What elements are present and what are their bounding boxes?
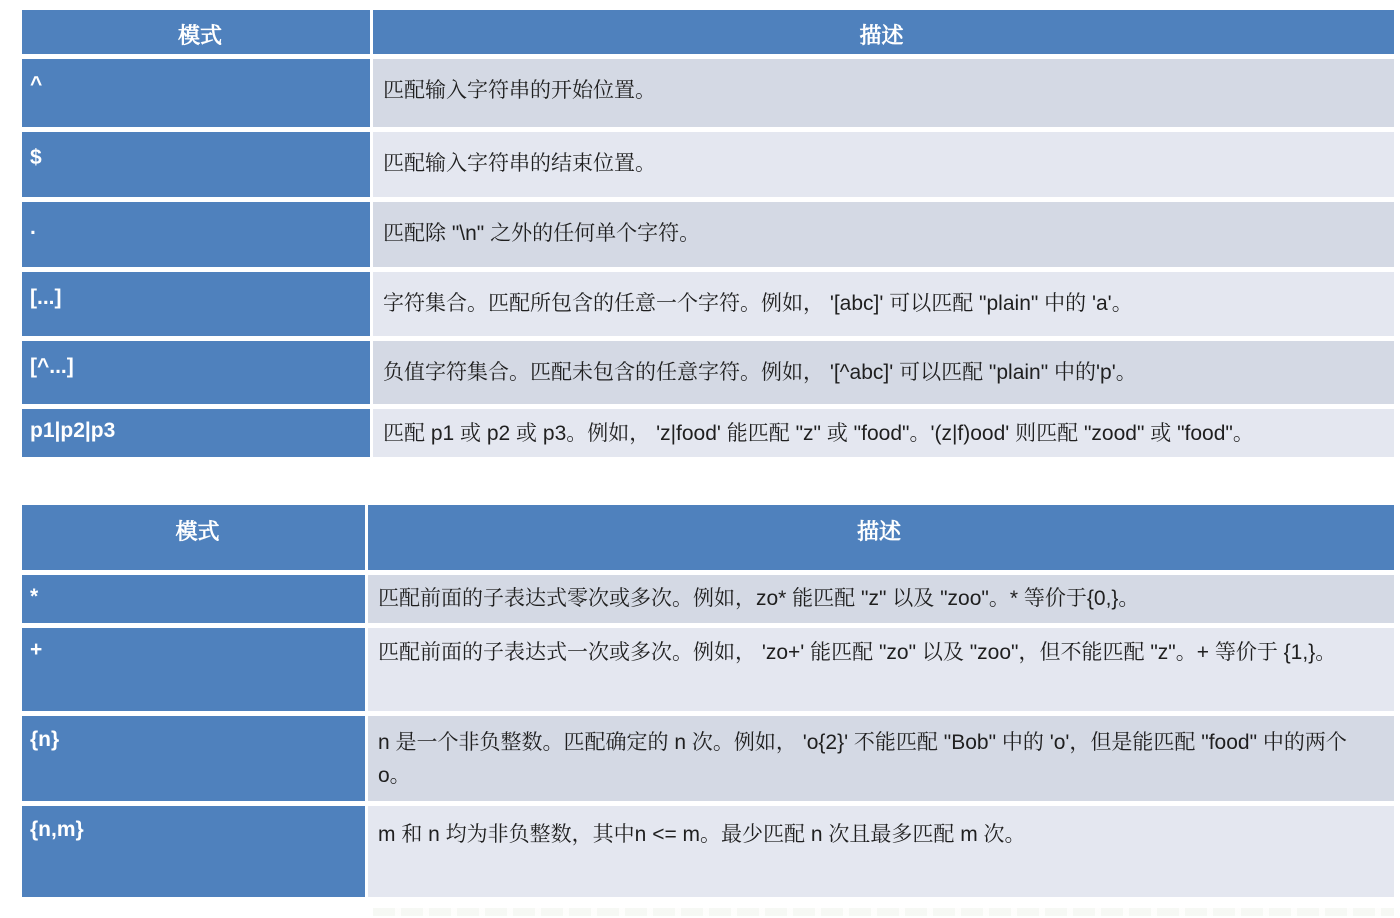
table-row: [...] 字符集合。匹配所包含的任意一个字符。例如， '[abc]' 可以匹配…: [22, 272, 1394, 336]
description-cell: 匹配 p1 或 p2 或 p3。例如， 'z|food' 能匹配 "z" 或 "…: [373, 409, 1394, 457]
table2-header-desc: 描述: [368, 505, 1394, 570]
pattern-cell: $: [22, 132, 370, 197]
description-cell: 匹配前面的子表达式一次或多次。例如， 'zo+' 能匹配 "zo" 以及 "zo…: [368, 628, 1394, 711]
pattern-cell: [...]: [22, 272, 370, 336]
table-row: . 匹配除 "\n" 之外的任何单个字符。: [22, 202, 1394, 267]
cropped-next-row-sliver: [373, 908, 1394, 916]
description-cell: 负值字符集合。匹配未包含的任意字符。例如， '[^abc]' 可以匹配 "pla…: [373, 341, 1394, 404]
description-cell: 匹配前面的子表达式零次或多次。例如，zo* 能匹配 "z" 以及 "zoo"。*…: [368, 575, 1394, 623]
table-row: * 匹配前面的子表达式零次或多次。例如，zo* 能匹配 "z" 以及 "zoo"…: [22, 575, 1394, 623]
table-row: {n,m} m 和 n 均为非负整数，其中n <= m。最少匹配 n 次且最多匹…: [22, 806, 1394, 897]
pattern-cell: p1|p2|p3: [22, 409, 370, 457]
description-cell: 字符集合。匹配所包含的任意一个字符。例如， '[abc]' 可以匹配 "plai…: [373, 272, 1394, 336]
description-cell: 匹配输入字符串的结束位置。: [373, 132, 1394, 197]
pattern-cell: *: [22, 575, 365, 623]
table-row: ^ 匹配输入字符串的开始位置。: [22, 59, 1394, 127]
table-row: [^...] 负值字符集合。匹配未包含的任意字符。例如， '[^abc]' 可以…: [22, 341, 1394, 404]
table-row: p1|p2|p3 匹配 p1 或 p2 或 p3。例如， 'z|food' 能匹…: [22, 409, 1394, 457]
pattern-cell: {n}: [22, 716, 365, 801]
table-row: $ 匹配输入字符串的结束位置。: [22, 132, 1394, 197]
table2-header-pattern: 模式: [22, 505, 365, 570]
description-cell: 匹配除 "\n" 之外的任何单个字符。: [373, 202, 1394, 267]
table2-header-row: 模式 描述: [22, 505, 1394, 570]
description-cell: n 是一个非负整数。匹配确定的 n 次。例如， 'o{2}' 不能匹配 "Bob…: [368, 716, 1394, 801]
description-cell: m 和 n 均为非负整数，其中n <= m。最少匹配 n 次且最多匹配 m 次。: [368, 806, 1394, 897]
pattern-cell: +: [22, 628, 365, 711]
table-row: + 匹配前面的子表达式一次或多次。例如， 'zo+' 能匹配 "zo" 以及 "…: [22, 628, 1394, 711]
table1-header-row: 模式 描述: [22, 10, 1394, 54]
regex-table-1: 模式 描述 ^ 匹配输入字符串的开始位置。 $ 匹配输入字符串的结束位置。 . …: [22, 10, 1394, 457]
description-cell: 匹配输入字符串的开始位置。: [373, 59, 1394, 127]
table-row: {n} n 是一个非负整数。匹配确定的 n 次。例如， 'o{2}' 不能匹配 …: [22, 716, 1394, 801]
pattern-cell: ^: [22, 59, 370, 127]
table1-header-pattern: 模式: [22, 10, 370, 54]
pattern-cell: .: [22, 202, 370, 267]
pattern-cell: {n,m}: [22, 806, 365, 897]
pattern-cell: [^...]: [22, 341, 370, 404]
table-gap: [22, 462, 1394, 505]
page: 模式 描述 ^ 匹配输入字符串的开始位置。 $ 匹配输入字符串的结束位置。 . …: [0, 0, 1400, 918]
table1-header-desc: 描述: [373, 10, 1394, 54]
regex-table-2: 模式 描述 * 匹配前面的子表达式零次或多次。例如，zo* 能匹配 "z" 以及…: [22, 505, 1394, 897]
